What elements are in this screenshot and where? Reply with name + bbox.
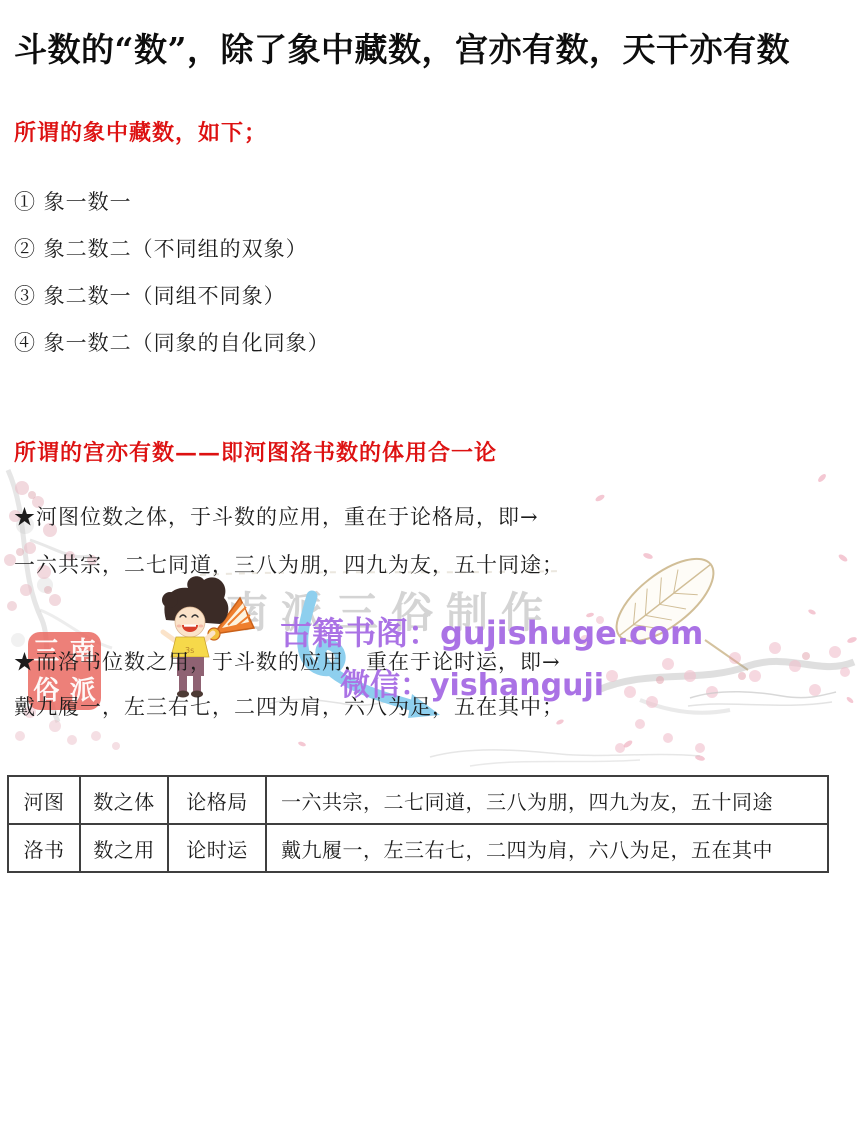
table-cell: 数之体: [80, 776, 168, 824]
site-watermark-text: 古籍书阁：gujishuge.com: [280, 608, 703, 654]
summary-table: 河图 数之体 论格局 一六共宗，二七同道，三八为朋，四九为友，五十同途 洛书 数…: [7, 775, 829, 873]
table-cell: 戴九履一，左三右七，二四为肩，六八为足，五在其中: [266, 824, 828, 872]
hetu-line-1: ★河图位数之体，于斗数的应用，重在于论格局，即→: [14, 501, 814, 531]
table-cell: 一六共宗，二七同道，三八为朋，四九为友，五十同途: [266, 776, 828, 824]
table-row: 洛书 数之用 论时运 戴九履一，左三右七，二四为肩，六八为足，五在其中: [8, 824, 828, 872]
document-page: 南派三俗制作 三 南 俗 派: [0, 0, 859, 1135]
list-item: ③ 象二数一（同组不同象）: [14, 280, 814, 310]
wechat-watermark-text: 微信：yishanguji: [340, 660, 604, 704]
table-cell: 论格局: [168, 776, 266, 824]
page-title: 斗数的“数”，除了象中藏数，宫亦有数，天干亦有数: [14, 24, 844, 71]
table-row: 河图 数之体 论格局 一六共宗，二七同道，三八为朋，四九为友，五十同途: [8, 776, 828, 824]
list-item: ② 象二数二（不同组的双象）: [14, 233, 814, 263]
section-heading-xiang: 所谓的象中藏数，如下；: [14, 116, 774, 147]
table-cell: 洛书: [8, 824, 80, 872]
list-item: ① 象一数一: [14, 186, 814, 216]
section-heading-gong: 所谓的宫亦有数——即河图洛书数的体用合一论: [14, 436, 774, 467]
list-item: ④ 象一数二（同象的自化同象）: [14, 327, 814, 357]
table-cell: 论时运: [168, 824, 266, 872]
table-cell: 河图: [8, 776, 80, 824]
table-cell: 数之用: [80, 824, 168, 872]
hetu-line-2: 一六共宗，二七同道，三八为朋，四九为友，五十同途；: [14, 549, 814, 579]
